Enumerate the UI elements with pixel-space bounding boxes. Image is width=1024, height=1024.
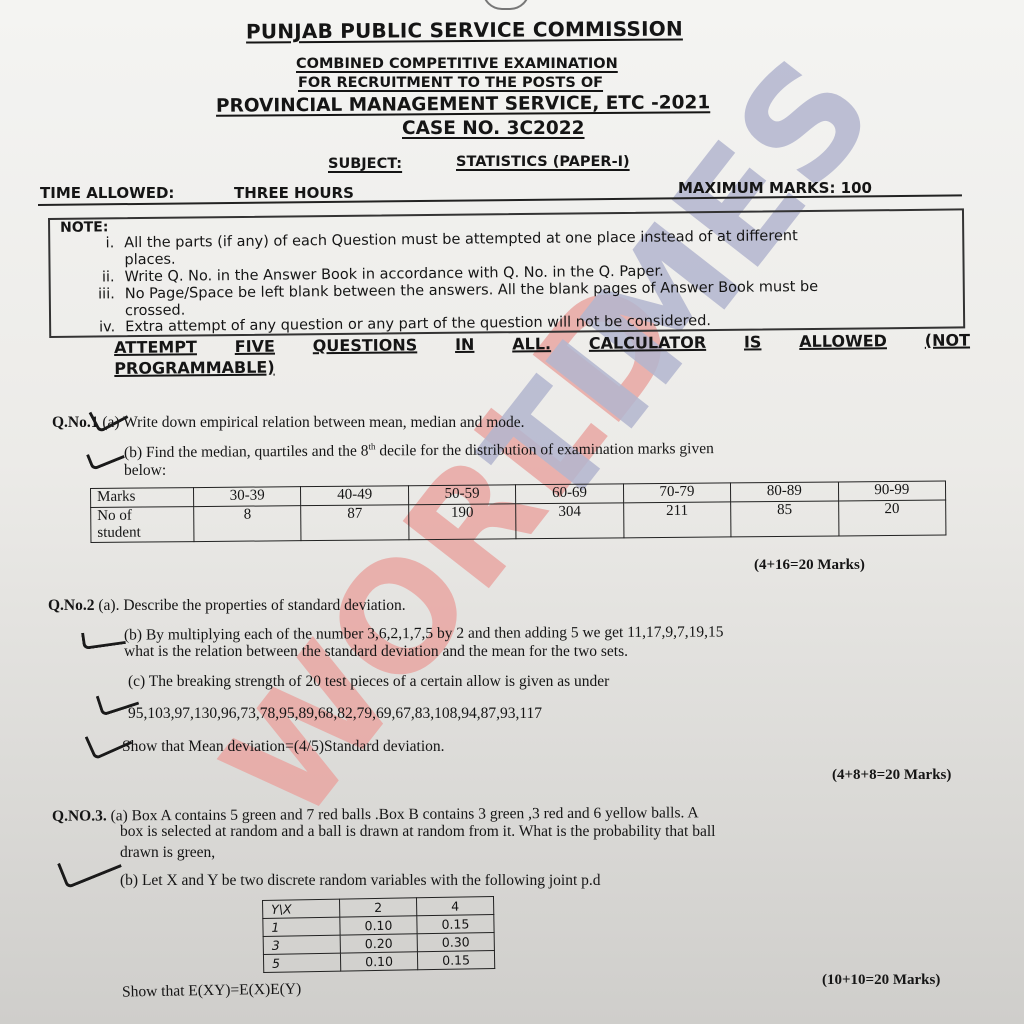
commission-title: PUNJAB PUBLIC SERVICE COMMISSION	[246, 16, 683, 43]
note-box: NOTE: i.All the parts (if any) of each Q…	[48, 208, 965, 338]
row-label-marks: Marks	[91, 488, 194, 508]
instruction-word: QUESTIONS	[313, 335, 418, 355]
class-interval-cell: 80-89	[731, 482, 839, 502]
question-3b: (b) Let X and Y be two discrete random v…	[120, 872, 601, 890]
class-interval-cell: 40-49	[301, 486, 409, 506]
x-value-cell: 4	[416, 896, 493, 915]
class-interval-cell: 30-39	[194, 487, 302, 507]
question-2-label: Q.No.2	[48, 597, 95, 614]
question-2b-cont: what is the relation between the standar…	[124, 643, 628, 661]
probability-cell: 0.10	[340, 916, 417, 935]
class-interval-cell: 90-99	[838, 481, 946, 501]
maximum-marks: MAXIMUM MARKS: 100	[678, 179, 872, 197]
class-interval-cell: 50-59	[408, 485, 516, 505]
note-item-1: i.All the parts (if any) of each Questio…	[80, 228, 798, 252]
y-value-cell: 3	[263, 935, 340, 954]
y-value-cell: 5	[263, 953, 340, 972]
marks-distribution-table: Marks30-3940-4950-5960-6970-7980-8990-99…	[90, 481, 946, 543]
time-allowed-value: THREE HOURS	[234, 184, 354, 202]
question-2-marks: (4+8+8=20 Marks)	[832, 767, 951, 784]
question-2b: (b) By multiplying each of the number 3,…	[124, 623, 724, 644]
question-2c-show: Show that Mean deviation=(4/5)Standard d…	[122, 738, 445, 756]
exam-title-line1: COMBINED COMPETITIVE EXAMINATION	[296, 56, 618, 72]
frequency-cell: 85	[731, 501, 839, 537]
note-title: NOTE:	[60, 219, 109, 236]
question-3-marks: (10+10=20 Marks)	[822, 972, 940, 989]
question-1b-cont: below:	[124, 462, 166, 480]
instruction-word: ALLOWED	[799, 331, 887, 351]
probability-cell: 0.15	[417, 950, 494, 969]
header-divider	[38, 194, 962, 206]
note-item-3-cont: crossed.	[125, 303, 186, 320]
question-1b: (b) Find the median, quartiles and the 8…	[124, 439, 714, 462]
probability-cell: 0.15	[417, 914, 494, 933]
exam-title-line2: FOR RECRUITMENT TO THE POSTS OF	[298, 75, 603, 91]
checkmark-icon	[86, 442, 125, 471]
attempt-instruction: ATTEMPTFIVEQUESTIONSINALL.CALCULATORISAL…	[114, 331, 970, 378]
frequency-cell: 190	[409, 504, 517, 540]
service-title: PROVINCIAL MANAGEMENT SERVICE, ETC -2021	[216, 92, 710, 116]
frequency-cell: 211	[623, 502, 731, 538]
joint-probability-table: Y\X24 10.100.1530.200.3050.100.15	[262, 896, 495, 973]
question-1-marks: (4+16=20 Marks)	[754, 557, 865, 574]
class-interval-cell: 60-69	[516, 484, 624, 504]
frequency-cell: 87	[301, 505, 409, 541]
subject-value: STATISTICS (PAPER-I)	[456, 154, 630, 170]
frequency-cell: 304	[516, 503, 624, 539]
emblem-icon	[482, 0, 530, 10]
checkmark-icon	[81, 627, 126, 650]
time-allowed-label: TIME ALLOWED:	[40, 184, 174, 202]
instruction-word: FIVE	[235, 337, 275, 356]
question-3a-cont1: box is selected at random and a ball is …	[120, 823, 715, 841]
question-2c-data: 95,103,97,130,96,73,78,95,89,68,82,79,69…	[128, 705, 542, 723]
probability-cell: 0.20	[340, 934, 417, 953]
case-number: CASE NO. 3C2022	[402, 118, 585, 139]
probability-cell: 0.10	[340, 952, 417, 971]
class-interval-cell: 70-79	[623, 483, 731, 503]
instruction-word: (NOT	[925, 331, 970, 350]
instruction-word: IS	[744, 332, 762, 351]
note-item-1-cont: places.	[124, 252, 175, 269]
question-3a-cont2: drawn is green,	[120, 844, 215, 862]
subject-label: SUBJECT:	[328, 156, 402, 172]
corner-cell: Y\X	[263, 899, 340, 918]
question-3-label: Q.NO.3.	[52, 807, 107, 824]
instruction-word: IN	[455, 335, 475, 354]
frequency-cell: 8	[194, 506, 302, 542]
exam-paper: WORLD TIMES PUNJAB PUBLIC SERVICE COMMIS…	[0, 0, 1024, 1024]
instruction-word: ATTEMPT	[114, 337, 197, 357]
table-row-students: No ofstudent8871903042118520	[91, 500, 946, 542]
question-2c: (c) The breaking strength of 20 test pie…	[128, 673, 609, 691]
probability-cell: 0.30	[417, 932, 494, 951]
y-value-cell: 1	[263, 917, 340, 936]
instruction-word: ALL.	[512, 334, 551, 353]
instruction-word: CALCULATOR	[589, 333, 706, 353]
question-3b-show: Show that E(XY)=E(X)E(Y)	[122, 980, 301, 1001]
table-row: 50.100.15	[263, 950, 494, 972]
row-label-students: No ofstudent	[91, 507, 194, 543]
checkmark-icon	[57, 842, 122, 889]
frequency-cell: 20	[838, 500, 946, 536]
question-2a: Q.No.2 (a). Describe the properties of s…	[48, 597, 406, 615]
x-value-cell: 2	[339, 898, 416, 917]
